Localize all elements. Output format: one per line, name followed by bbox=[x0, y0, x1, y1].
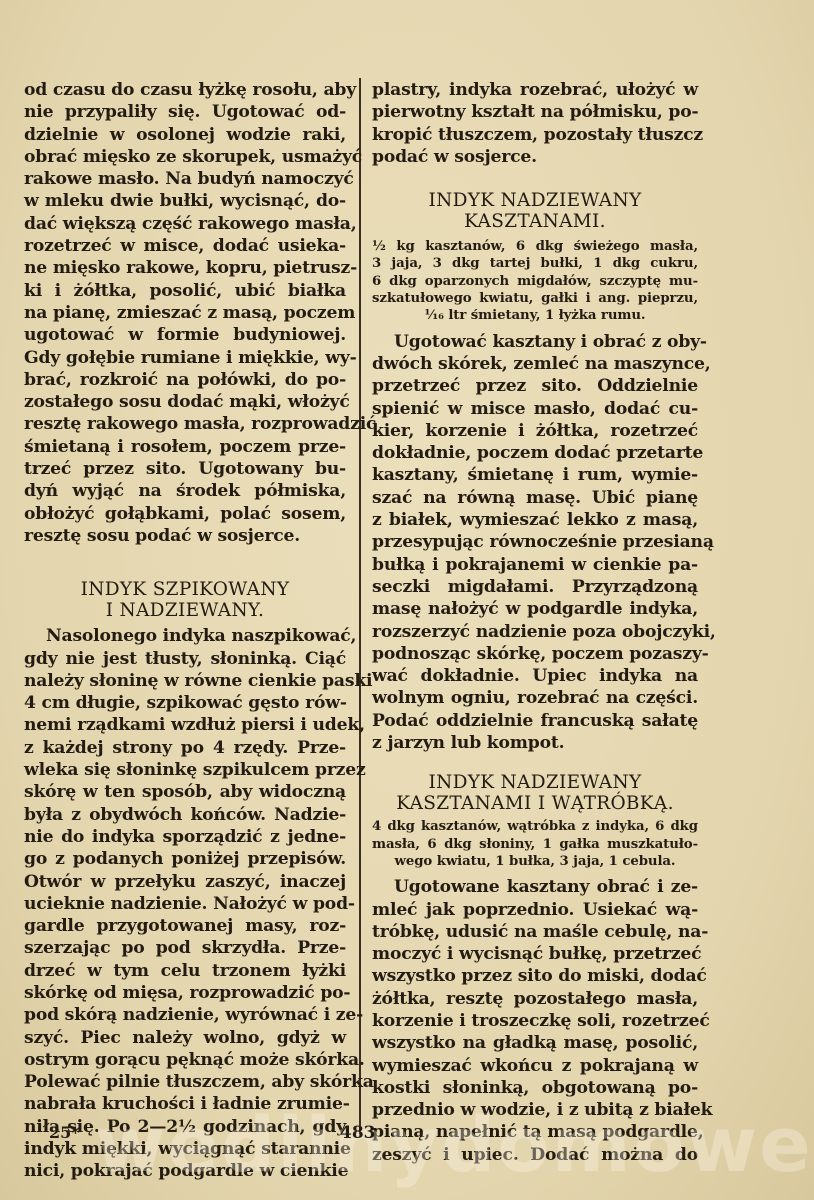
text-line: wolnym ogniu, rozebrać na części. bbox=[372, 687, 698, 709]
text-line: mleć jak poprzednio. Usiekać wą- bbox=[372, 899, 698, 921]
ingredient-line: ¹⁄₁₆ ltr śmietany, 1 łyżka rumu. bbox=[372, 307, 698, 324]
text-line: wymieszać wkońcu z pokrajaną w bbox=[372, 1055, 698, 1077]
text-line: nie do indyka sporządzić z jedne- bbox=[24, 826, 346, 848]
text-line: Nasolonego indyka naszpikować, bbox=[24, 625, 346, 647]
text-line: spienić w misce masło, dodać cu- bbox=[372, 398, 698, 420]
text-line: moczyć i wycisnąć bułkę, przetrzeć bbox=[372, 943, 698, 965]
text-line: kier, korzenie i żółtka, rozetrzeć bbox=[372, 420, 698, 442]
right-column: plastry, indyka rozebrać, ułożyć w pierw… bbox=[372, 79, 698, 1166]
text-line: nici, pokrajać podgardle w cienkie bbox=[24, 1160, 346, 1182]
text-line: szyć. Piec należy wolno, gdyż w bbox=[24, 1027, 346, 1049]
text-line: Ugotowane kasztany obrać i ze- bbox=[372, 876, 698, 898]
text-line: nemi rządkami wzdłuż piersi i udek, bbox=[24, 714, 346, 736]
recipe-indyk-watrobka: INDYK NADZIEWANY KASZTANAMI I WĄTRÓBKĄ. … bbox=[372, 772, 698, 1166]
text-line: żółtka, resztę pozostałego masła, bbox=[372, 988, 698, 1010]
ingredients-list: 4 dkg kasztanów, wątróbka z indyka, 6 dk… bbox=[372, 818, 698, 870]
ingredient-line: wego kwiatu, 1 bułka, 3 jaja, 1 cebula. bbox=[372, 853, 698, 870]
text-line: była z obydwóch końców. Nadzie- bbox=[24, 804, 346, 826]
text-line: brać, rozkroić na połówki, do po- bbox=[24, 369, 346, 391]
text-line: skórkę od mięsa, rozprowadzić po- bbox=[24, 982, 346, 1004]
text-line: wszystko na gładką masę, posolić, bbox=[372, 1032, 698, 1054]
text-line: z białek, wymieszać lekko z masą, bbox=[372, 509, 698, 531]
text-line: rozetrzeć w misce, dodać usieka- bbox=[24, 235, 346, 257]
text-line: kostki słoninką, obgotowaną po- bbox=[372, 1077, 698, 1099]
text-line: tróbkę, udusić na maśle cebulę, na- bbox=[372, 921, 698, 943]
text-line: resztę sosu podać w sosjerce. bbox=[24, 525, 346, 547]
text-line: szać na równą masę. Ubić pianę bbox=[372, 487, 698, 509]
text-line: dokładnie, poczem dodać przetarte bbox=[372, 442, 698, 464]
text-line: szerzając po pod skrzydła. Prze- bbox=[24, 937, 346, 959]
ingredient-line: 6 dkg oparzonych migdałów, szczyptę mu- bbox=[372, 273, 698, 290]
text-line: ostrym gorącu pęknąć może skórka. bbox=[24, 1049, 346, 1071]
text-line: ki i żółtka, posolić, ubić białka bbox=[24, 280, 346, 302]
text-line: od czasu do czasu łyżkę rosołu, aby bbox=[24, 79, 346, 101]
book-page: od czasu do czasu łyżkę rosołu, aby nie … bbox=[0, 0, 814, 1200]
text-line: pod skórą nadzienie, wyrównać i ze- bbox=[24, 1004, 346, 1026]
recipe-title: KASZTANAMI I WĄTRÓBKĄ. bbox=[372, 793, 698, 814]
signature-mark: 25* bbox=[49, 1123, 80, 1142]
text-line: dyń wyjąć na środek półmiska, bbox=[24, 480, 346, 502]
text-line: w mleku dwie bułki, wycisnąć, do- bbox=[24, 190, 346, 212]
text-line: kasztany, śmietanę i rum, wymie- bbox=[372, 464, 698, 486]
text-line: gdy nie jest tłusty, słoninką. Ciąć bbox=[24, 648, 346, 670]
recipe-indyk-kasztany: INDYK NADZIEWANY KASZTANAMI. ½ kg kaszta… bbox=[372, 190, 698, 754]
text-line: obłożyć gołąbkami, polać sosem, bbox=[24, 503, 346, 525]
text-line: śmietaną i rosołem, poczem prze- bbox=[24, 436, 346, 458]
text-line: Gdy gołębie rumiane i miękkie, wy- bbox=[24, 347, 346, 369]
text-line: bułką i pokrajanemi w cienkie pa- bbox=[372, 554, 698, 576]
ingredient-line: ½ kg kasztanów, 6 dkg świeżego masła, bbox=[372, 238, 698, 255]
text-line: ne mięsko rakowe, kopru, pietrusz- bbox=[24, 257, 346, 279]
text-line: należy słoninę w równe cienkie paski bbox=[24, 670, 346, 692]
text-line: resztę rakowego masła, rozprowadzić bbox=[24, 413, 346, 435]
ingredient-line: masła, 6 dkg słoniny, 1 gałka muszkatuło… bbox=[372, 836, 698, 853]
text-line: przetrzeć przez sito. Oddzielnie bbox=[372, 375, 698, 397]
text-line: dać większą część rakowego masła, bbox=[24, 213, 346, 235]
ingredient-line: 3 jaja, 3 dkg tartej bułki, 1 dkg cukru, bbox=[372, 255, 698, 272]
text-line: Polewać pilnie tłuszczem, aby skórka bbox=[24, 1071, 346, 1093]
text-line: kropić tłuszczem, pozostały tłuszcz bbox=[372, 124, 698, 146]
text-line: masę nałożyć w podgardle indyka, bbox=[372, 598, 698, 620]
ingredient-line: szkatułowego kwiatu, gałki i ang. pieprz… bbox=[372, 290, 698, 307]
text-line: drzeć w tym celu trzonem łyżki bbox=[24, 960, 346, 982]
recipe-indyk-szpikowany: INDYK SZPIKOWANY I NADZIEWANY. Nasoloneg… bbox=[24, 579, 346, 1182]
text-line: Podać oddzielnie francuską sałatę bbox=[372, 710, 698, 732]
text-line: wać dokładnie. Upiec indyka na bbox=[372, 665, 698, 687]
recipe-title: INDYK NADZIEWANY bbox=[372, 190, 698, 211]
text-line: na pianę, zmieszać z masą, poczem bbox=[24, 302, 346, 324]
text-line: z każdej strony po 4 rzędy. Prze- bbox=[24, 737, 346, 759]
text-line: podać w sosjerce. bbox=[372, 146, 698, 168]
text-line: nabrała kruchości i ładnie zrumie- bbox=[24, 1093, 346, 1115]
text-line: 4 cm długie, szpikować gęsto rów- bbox=[24, 692, 346, 714]
text-line: wleka się słoninkę szpikulcem przez bbox=[24, 759, 346, 781]
text-line: pianą, napełnić tą masą podgardle, bbox=[372, 1121, 698, 1143]
text-line: dwóch skórek, zemleć na maszynce, bbox=[372, 353, 698, 375]
column-divider bbox=[359, 78, 361, 1134]
text-line: seczki migdałami. Przyrządzoną bbox=[372, 576, 698, 598]
text-line: z jarzyn lub kompot. bbox=[372, 732, 698, 754]
ingredient-line: 4 dkg kasztanów, wątróbka z indyka, 6 dk… bbox=[372, 818, 698, 835]
text-line: rozszerzyć nadzienie poza obojczyki, bbox=[372, 621, 698, 643]
text-line: podnosząc skórkę, poczem pozaszy- bbox=[372, 643, 698, 665]
text-line: plastry, indyka rozebrać, ułożyć w bbox=[372, 79, 698, 101]
ingredients-list: ½ kg kasztanów, 6 dkg świeżego masła, 3 … bbox=[372, 238, 698, 324]
text-line: zostałego sosu dodać mąki, włożyć bbox=[24, 391, 346, 413]
text-line: ucieknie nadzienie. Nałożyć w pod- bbox=[24, 893, 346, 915]
recipe-title: I NADZIEWANY. bbox=[24, 600, 346, 621]
text-line: skórę w ten sposób, aby widoczną bbox=[24, 781, 346, 803]
text-line: zeszyć i upiec. Dodać można do bbox=[372, 1144, 698, 1166]
text-line: rakowe masło. Na budyń namoczyć bbox=[24, 168, 346, 190]
text-line: gardle przygotowanej masy, roz- bbox=[24, 915, 346, 937]
page-number: 483 bbox=[340, 1123, 376, 1143]
text-line: go z podanych poniżej przepisów. bbox=[24, 848, 346, 870]
text-line: przednio w wodzie, i z ubitą z białek bbox=[372, 1099, 698, 1121]
left-column: od czasu do czasu łyżkę rosołu, aby nie … bbox=[24, 79, 346, 1183]
text-line: korzenie i troszeczkę soli, rozetrzeć bbox=[372, 1010, 698, 1032]
text-line: pierwotny kształt na półmisku, po- bbox=[372, 101, 698, 123]
recipe-title: INDYK NADZIEWANY bbox=[372, 772, 698, 793]
text-line: trzeć przez sito. Ugotowany bu- bbox=[24, 458, 346, 480]
text-line: obrać mięsko ze skorupek, usmażyć bbox=[24, 146, 346, 168]
text-line: ugotować w formie budyniowej. bbox=[24, 324, 346, 346]
text-line: dzielnie w osolonej wodzie raki, bbox=[24, 124, 346, 146]
text-line: wszystko przez sito do miski, dodać bbox=[372, 965, 698, 987]
recipe-title: INDYK SZPIKOWANY bbox=[24, 579, 346, 600]
recipe-title: KASZTANAMI. bbox=[372, 211, 698, 232]
text-line: Otwór w przełyku zaszyć, inaczej bbox=[24, 871, 346, 893]
text-line: Ugotować kasztany i obrać z oby- bbox=[372, 331, 698, 353]
text-line: przesypując równocześnie przesianą bbox=[372, 531, 698, 553]
text-line: nie przypaliły się. Ugotować od- bbox=[24, 101, 346, 123]
